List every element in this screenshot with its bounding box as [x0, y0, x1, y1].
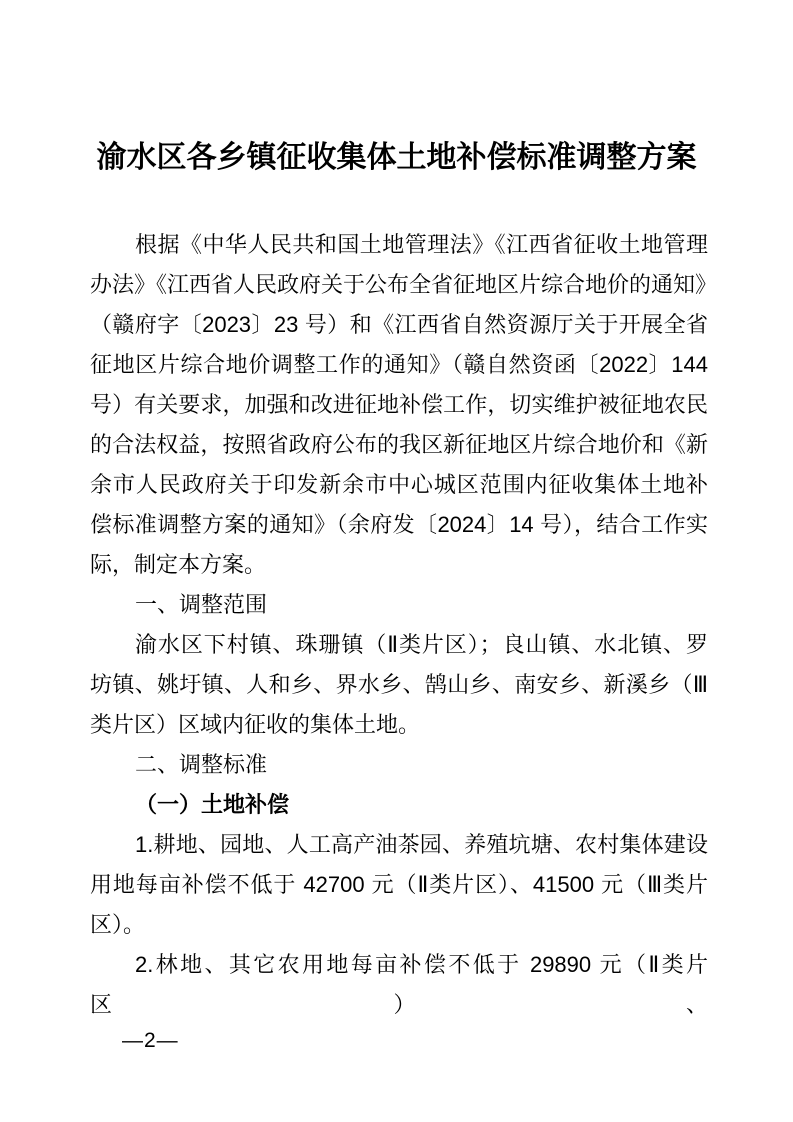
- document-body: 根据《中华人民共和国土地管理法》《江西省征收土地管理 办法》《江西省人民政府关于…: [90, 225, 708, 985]
- text-line: 渝水区下村镇、珠珊镇（Ⅱ类片区）；良山镇、水北镇、罗: [90, 625, 708, 665]
- text-line: 号）有关要求，加强和改进征地补偿工作，切实维护被征地农民: [90, 385, 708, 425]
- document-title: 渝水区各乡镇征收集体土地补偿标准调整方案: [0, 136, 793, 180]
- document-page: 渝水区各乡镇征收集体土地补偿标准调整方案 根据《中华人民共和国土地管理法》《江西…: [0, 0, 793, 1122]
- section-heading-2: 二、调整标准: [90, 745, 708, 785]
- text-line: 余市人民政府关于印发新余市中心城区范围内征收集体土地补: [90, 465, 708, 505]
- text-line: 偿标准调整方案的通知》（余府发〔2024〕14 号），结合工作实: [90, 505, 708, 545]
- text-line: 类片区）区域内征收的集体土地。: [90, 705, 708, 745]
- text-line: 用地每亩补偿不低于 42700 元（Ⅱ类片区）、41500 元（Ⅲ类片: [90, 865, 708, 905]
- text-line: 际，制定本方案。: [90, 545, 708, 585]
- text-line: 1.耕地、园地、人工高产油茶园、养殖坑塘、农村集体建设: [90, 825, 708, 865]
- text-line: 区）。: [90, 905, 708, 945]
- text-line: （赣府字〔2023〕23 号）和《江西省自然资源厅关于开展全省: [90, 305, 708, 345]
- text-line: 2.林地、其它农用地每亩补偿不低于 29890 元（Ⅱ类片区）、: [90, 945, 708, 985]
- text-line: 办法》《江西省人民政府关于公布全省征地区片综合地价的通知》: [90, 265, 708, 305]
- text-line: 的合法权益，按照省政府公布的我区新征地区片综合地价和《新: [90, 425, 708, 465]
- text-line: 坊镇、姚圩镇、人和乡、界水乡、鹄山乡、南安乡、新溪乡（Ⅲ: [90, 665, 708, 705]
- text-line: 征地区片综合地价调整工作的通知》（赣自然资函〔2022〕144: [90, 345, 708, 385]
- text-line: 根据《中华人民共和国土地管理法》《江西省征收土地管理: [90, 225, 708, 265]
- section-heading-1: 一、调整范围: [90, 585, 708, 625]
- page-number: —2—: [122, 1029, 179, 1053]
- subsection-heading: （一）土地补偿: [90, 785, 708, 825]
